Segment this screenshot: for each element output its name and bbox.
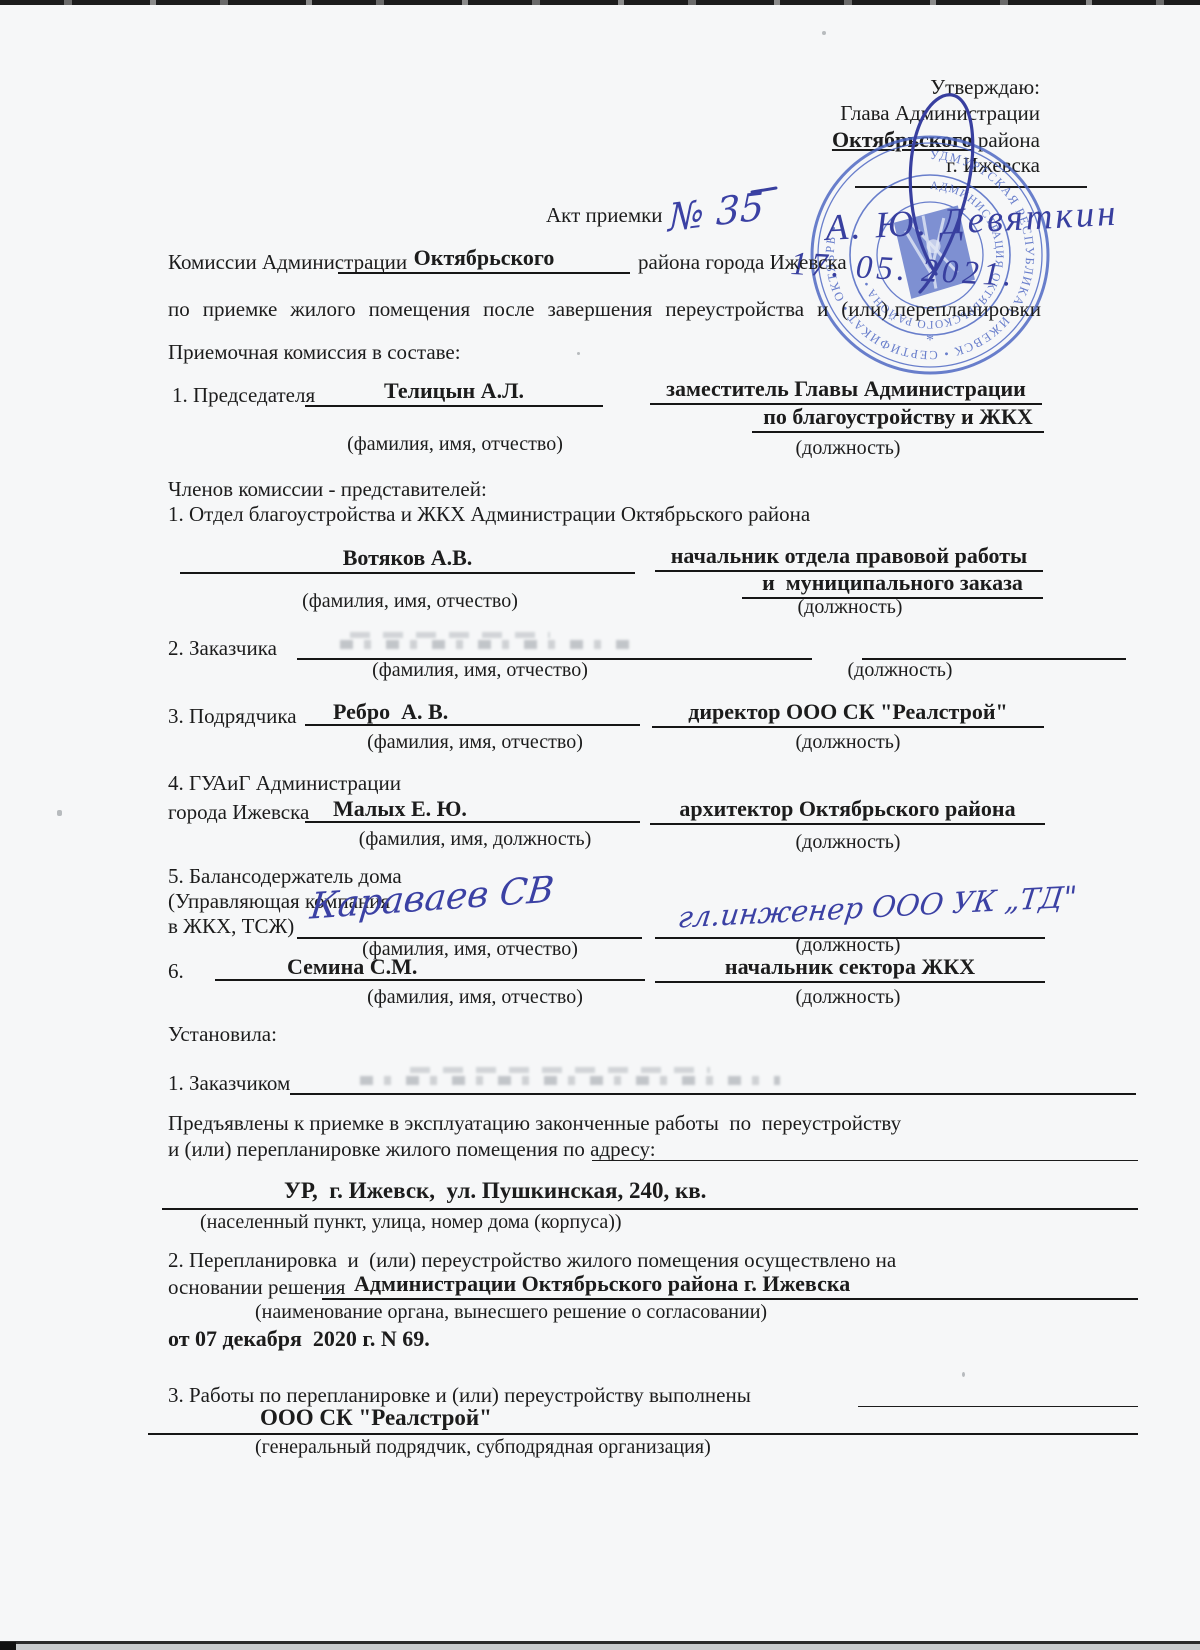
balance-label-3: в ЖКХ, ТСЖ) <box>168 914 294 939</box>
scan-bottom-edge-artifact-2 <box>0 1644 1200 1650</box>
works-blank-line <box>858 1382 1138 1407</box>
signature-name-text: А. Ю. Девяткин <box>821 193 1119 249</box>
scan-bottom-corner-artifact <box>0 1642 16 1650</box>
purpose-line: по приемке жилого помещения после заверш… <box>168 297 1041 322</box>
sixth-name-line: Семина С.М. <box>215 954 645 981</box>
sixth-label: 6. <box>168 959 184 984</box>
customer-redacted-text <box>340 640 630 649</box>
stamp-star: * <box>926 332 934 349</box>
commission-suffix: района города Ижевска <box>638 250 847 275</box>
organ-caption: (наименование органа, вынесшего решение … <box>255 1301 755 1324</box>
commission-district-line: Октябрьского <box>338 245 630 274</box>
contractor-label: 3. Подрядчика <box>168 704 297 729</box>
scan-speck <box>822 31 826 35</box>
chairman-position-line2: по благоустройству и ЖКХ <box>752 404 1044 433</box>
address-blank-line <box>592 1136 1138 1161</box>
contractor-name-line: Ребро А. В. <box>305 699 640 726</box>
guaig-position-caption: (должность) <box>748 831 948 854</box>
sixth-position-caption: (должность) <box>748 986 948 1009</box>
chairman-name-line: Телицын А.Л. <box>305 378 603 407</box>
customer-label: 2. Заказчика <box>168 636 277 661</box>
dept-line: 1. Отдел благоустройства и ЖКХ Администр… <box>168 502 810 527</box>
scan-speck <box>577 352 580 355</box>
sixth-position-line: начальник сектора ЖКХ <box>655 954 1045 983</box>
repl-line-1: 2. Перепланировка и (или) переустройство… <box>168 1248 896 1273</box>
customer-line-label: 1. Заказчиком <box>168 1071 290 1096</box>
customer-position-line <box>862 631 1126 660</box>
chairman-position-line1: заместитель Главы Администрации <box>650 376 1042 405</box>
contractor-caption: (генеральный подрядчик, субподрядная орг… <box>255 1436 755 1459</box>
works-contractor-line: ООО СК "Реалстрой" <box>148 1405 1138 1435</box>
dept-position-line2: и муниципального заказа <box>742 570 1043 599</box>
chairman-label: 1. Председателя <box>172 383 315 408</box>
chairman-name-caption: (фамилия, имя, отчество) <box>290 433 620 456</box>
customer-redacted-text-2 <box>350 632 550 638</box>
scan-speck <box>57 810 62 816</box>
repl-line-2: основании решения <box>168 1275 345 1300</box>
address-value-line: УР, г. Ижевск, ул. Пушкинская, 240, кв. <box>162 1178 1138 1210</box>
guaig-position-line: архитектор Октябрьского района <box>650 796 1045 825</box>
sixth-name-caption: (фамилия, имя, отчество) <box>310 986 640 1009</box>
customer-position-caption: (должность) <box>800 659 1000 682</box>
contractor-position-line: директор ООО СК "Реалстрой" <box>652 699 1044 728</box>
scan-speck <box>962 1372 965 1377</box>
customer-line-redacted <box>360 1076 780 1085</box>
customer-line-redacted-2 <box>410 1067 710 1073</box>
chairman-position-caption: (должность) <box>748 437 948 460</box>
dept-position-line1: начальник отдела правовой работы <box>655 543 1043 572</box>
scanned-document-page: Утверждаю: Глава Администрации Октябрьск… <box>0 0 1200 1650</box>
contractor-position-caption: (должность) <box>748 731 948 754</box>
guaig-label-2: города Ижевска <box>168 800 309 825</box>
dept-position-caption: (должность) <box>750 596 950 619</box>
found-label: Установила: <box>168 1022 277 1047</box>
contractor-name-caption: (фамилия, имя, отчество) <box>310 731 640 754</box>
presented-line-1: Предъявлены к приемке в эксплуатацию зак… <box>168 1111 901 1136</box>
dept-name-line: Вотяков А.В. <box>180 545 635 574</box>
dept-name-caption: (фамилия, имя, отчество) <box>245 590 575 613</box>
presented-line-2: и (или) перепланировке жилого помещения … <box>168 1137 656 1162</box>
customer-name-caption: (фамилия, имя, отчество) <box>315 659 645 682</box>
scan-top-edge-artifact <box>0 0 1200 5</box>
guaig-label-1: 4. ГУАиГ Администрации <box>168 771 401 796</box>
committee-line: Приемочная комиссия в составе: <box>168 340 461 365</box>
guaig-name-line: Малых Е. Ю. <box>305 796 640 823</box>
members-header: Членов комиссии - представителей: <box>168 477 487 502</box>
decision-date: от 07 декабря 2020 г. N 69. <box>168 1326 430 1351</box>
decision-org-line: Администрации Октябрьского района г. Иже… <box>322 1271 1138 1300</box>
act-title: Акт приемки <box>546 203 663 228</box>
address-caption: (населенный пункт, улица, номер дома (ко… <box>200 1211 700 1234</box>
guaig-name-caption: (фамилия, имя, должность) <box>310 828 640 851</box>
